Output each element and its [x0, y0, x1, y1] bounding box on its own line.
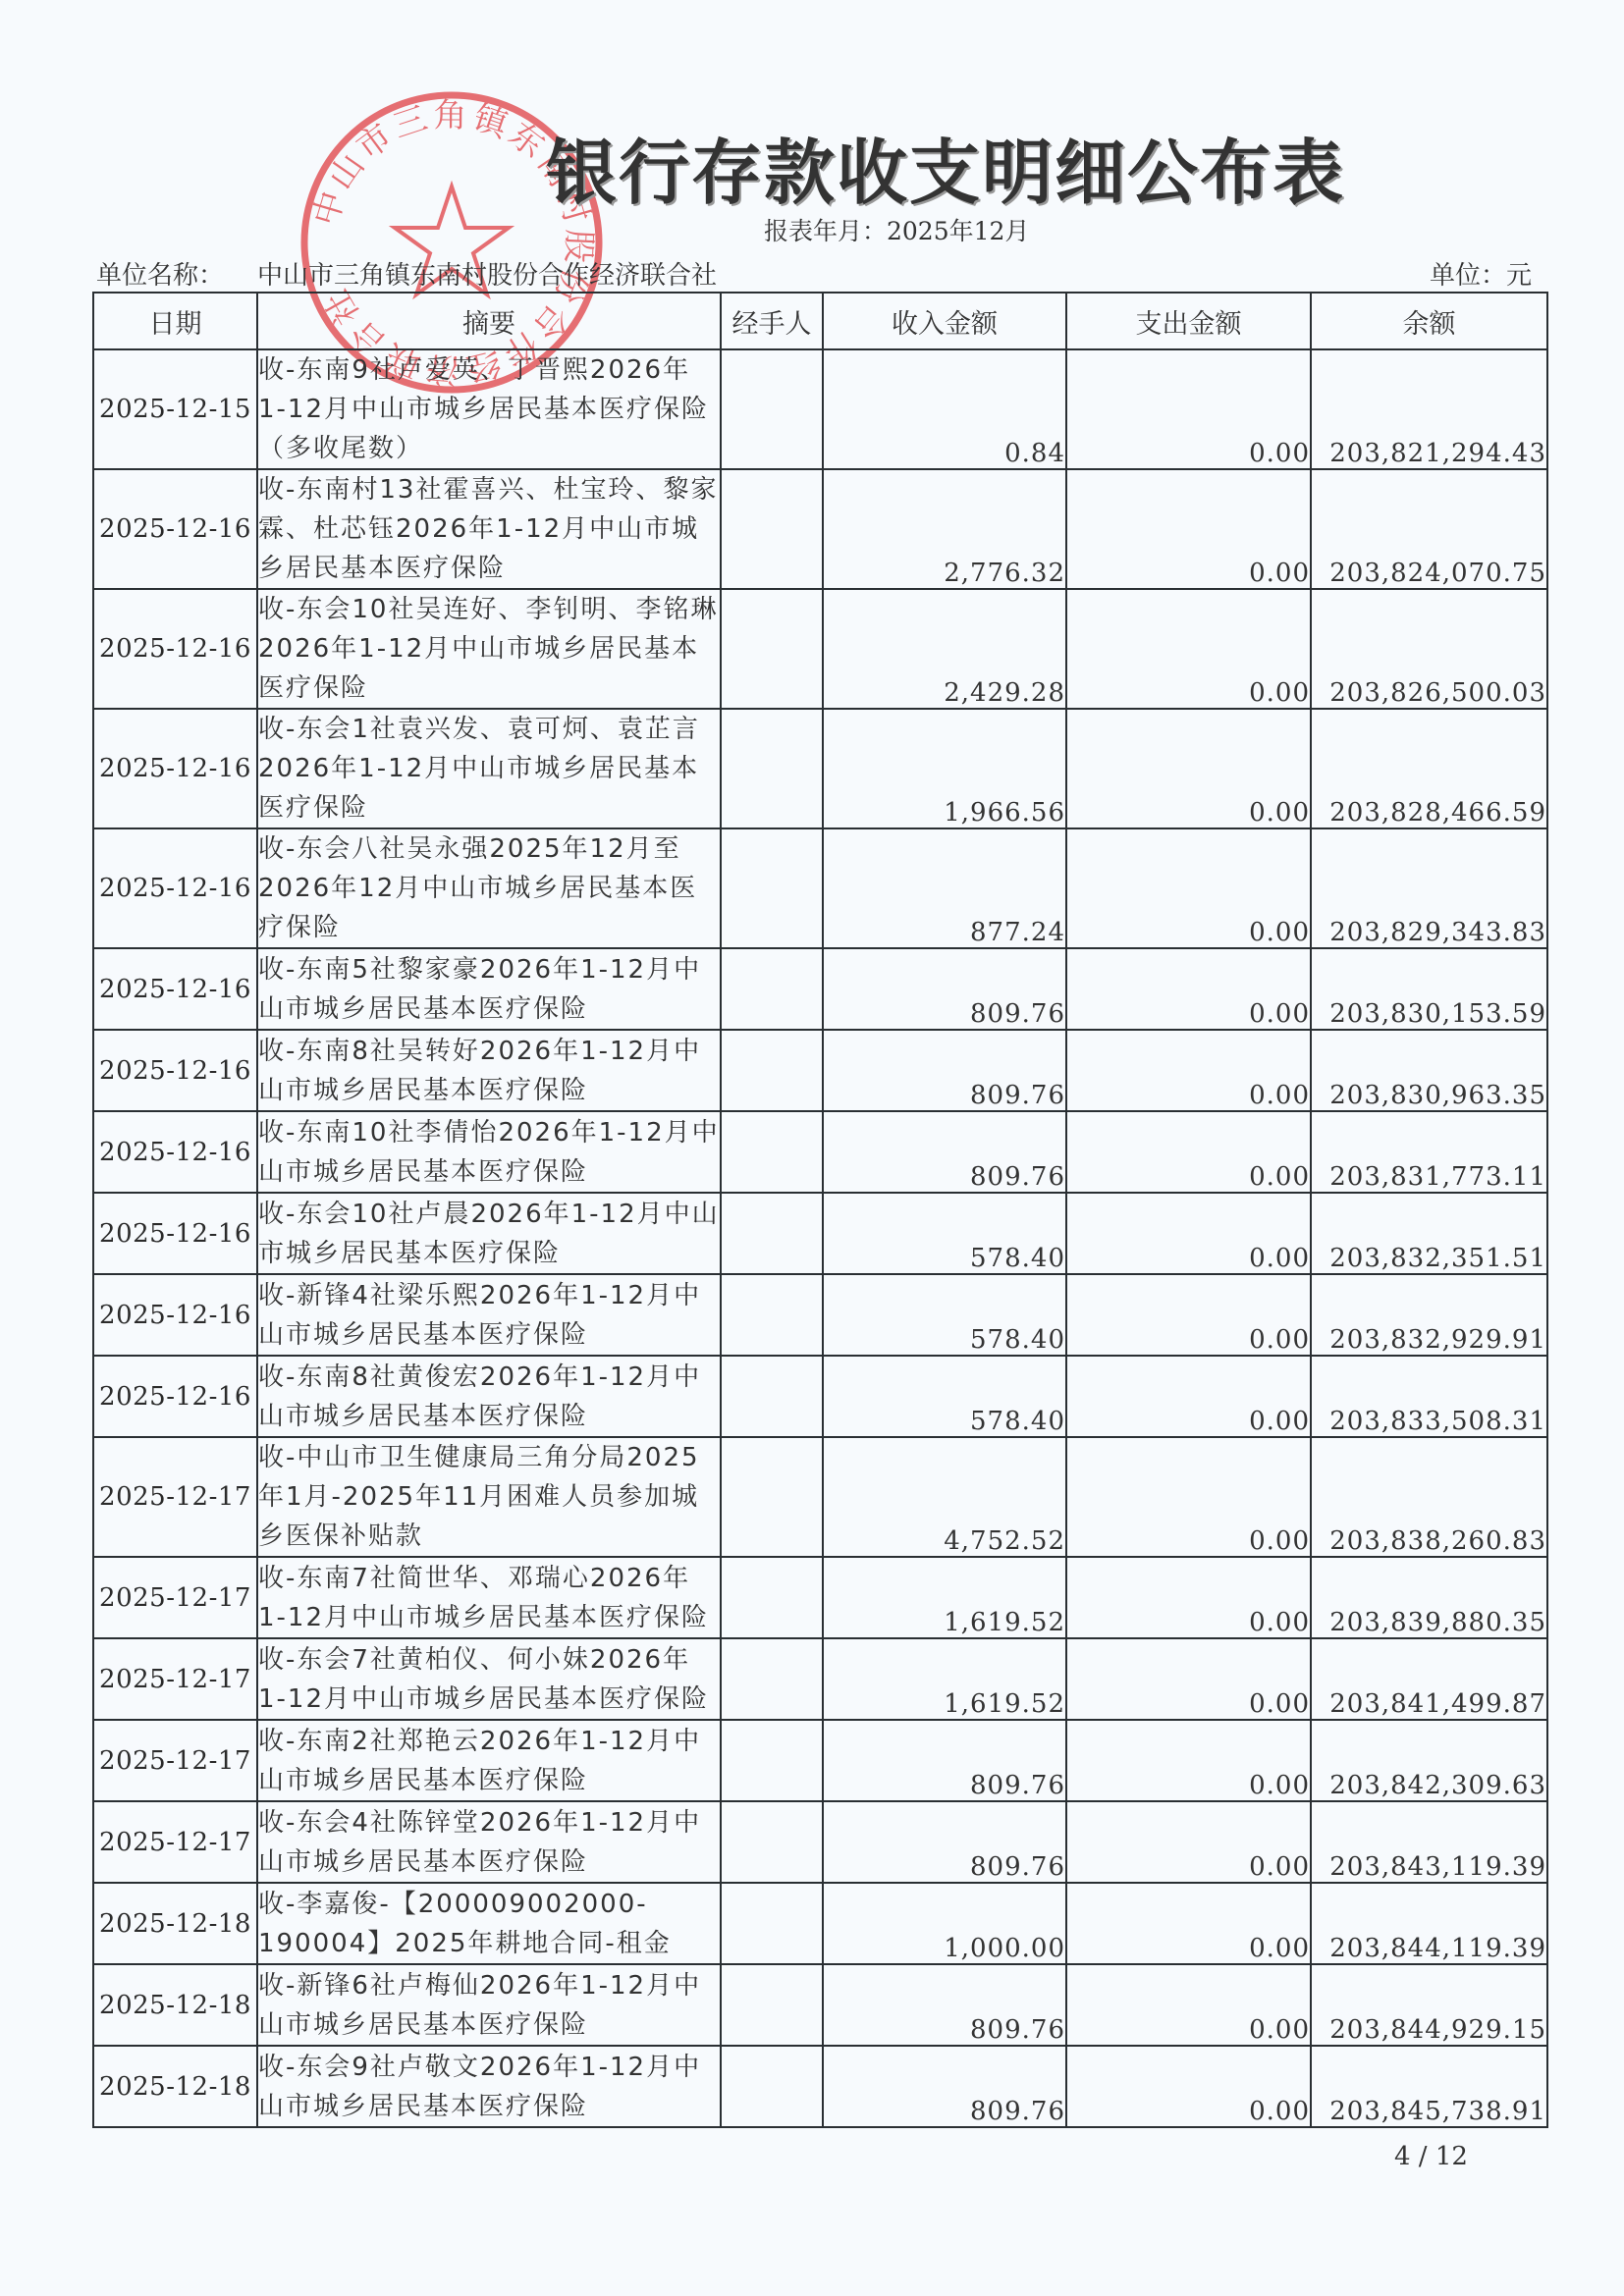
cell-income: 578.40	[823, 1356, 1066, 1437]
cell-balance: 203,843,119.39	[1311, 1801, 1547, 1883]
unit-name-value: 中山市三角镇东南村股份合作经济联合社	[257, 261, 717, 291]
cell-income: 2,429.28	[823, 589, 1066, 709]
cell-income: 2,776.32	[823, 469, 1066, 589]
cell-summary: 收-东会7社黄柏仪、何小妹2026年1-12月中山市城乡居民基本医疗保险	[257, 1638, 721, 1720]
cell-income: 809.76	[823, 2046, 1066, 2127]
cell-balance: 203,844,119.39	[1311, 1883, 1547, 1964]
cell-handler	[721, 349, 823, 469]
header-balance: 余额	[1311, 293, 1547, 349]
cell-income: 809.76	[823, 948, 1066, 1030]
cell-balance: 203,821,294.43	[1311, 349, 1547, 469]
cell-balance: 203,830,963.35	[1311, 1030, 1547, 1111]
cell-date: 2025-12-18	[93, 2046, 257, 2127]
cell-balance: 203,832,351.51	[1311, 1193, 1547, 1274]
ledger-body: 2025-12-15收-东南9社卢爱英、丁晋熙2026年1-12月中山市城乡居民…	[93, 349, 1547, 2127]
cell-expense: 0.00	[1066, 828, 1311, 948]
table-header-row: 日期 摘要 经手人 收入金额 支出金额 余额	[93, 293, 1547, 349]
cell-date: 2025-12-16	[93, 1274, 257, 1356]
cell-balance: 203,829,343.83	[1311, 828, 1547, 948]
cell-expense: 0.00	[1066, 1111, 1311, 1193]
cell-date: 2025-12-17	[93, 1801, 257, 1883]
cell-date: 2025-12-16	[93, 589, 257, 709]
cell-handler	[721, 1356, 823, 1437]
header-summary: 摘要	[257, 293, 721, 349]
table-row: 2025-12-16收-东会1社袁兴发、袁可炣、袁芷言2026年1-12月中山市…	[93, 709, 1547, 828]
cell-balance: 203,830,153.59	[1311, 948, 1547, 1030]
cell-date: 2025-12-16	[93, 1356, 257, 1437]
cell-summary: 收-东南5社黎家豪2026年1-12月中山市城乡居民基本医疗保险	[257, 948, 721, 1030]
cell-income: 1,619.52	[823, 1638, 1066, 1720]
table-row: 2025-12-15收-东南9社卢爱英、丁晋熙2026年1-12月中山市城乡居民…	[93, 349, 1547, 469]
cell-handler	[721, 1720, 823, 1801]
cell-handler	[721, 589, 823, 709]
table-row: 2025-12-16收-东南8社黄俊宏2026年1-12月中山市城乡居民基本医疗…	[93, 1356, 1547, 1437]
header-income: 收入金额	[823, 293, 1066, 349]
cell-date: 2025-12-16	[93, 709, 257, 828]
cell-balance: 203,839,880.35	[1311, 1557, 1547, 1638]
cell-date: 2025-12-17	[93, 1720, 257, 1801]
cell-summary: 收-新锋6社卢梅仙2026年1-12月中山市城乡居民基本医疗保险	[257, 1964, 721, 2046]
cell-handler	[721, 1274, 823, 1356]
cell-income: 809.76	[823, 1030, 1066, 1111]
cell-date: 2025-12-16	[93, 1030, 257, 1111]
cell-summary: 收-东会10社吴连好、李钊明、李铭琳2026年1-12月中山市城乡居民基本医疗保…	[257, 589, 721, 709]
cell-handler	[721, 709, 823, 828]
cell-summary: 收-中山市卫生健康局三角分局2025年1月-2025年11月困难人员参加城乡医保…	[257, 1437, 721, 1557]
cell-summary: 收-东南10社李倩怡2026年1-12月中山市城乡居民基本医疗保险	[257, 1111, 721, 1193]
unit-name-line: 单位名称：中山市三角镇东南村股份合作经济联合社	[96, 255, 717, 292]
cell-expense: 0.00	[1066, 349, 1311, 469]
cell-expense: 0.00	[1066, 948, 1311, 1030]
cell-date: 2025-12-16	[93, 828, 257, 948]
cell-balance: 203,844,929.15	[1311, 1964, 1547, 2046]
cell-summary: 收-东南村13社霍喜兴、杜宝玲、黎家霖、杜芯钰2026年1-12月中山市城乡居民…	[257, 469, 721, 589]
table-row: 2025-12-18收-东会9社卢敬文2026年1-12月中山市城乡居民基本医疗…	[93, 2046, 1547, 2127]
cell-handler	[721, 1964, 823, 2046]
cell-handler	[721, 1638, 823, 1720]
cell-balance: 203,828,466.59	[1311, 709, 1547, 828]
page-title: 银行存款收支明细公布表	[546, 116, 1243, 218]
cell-income: 578.40	[823, 1274, 1066, 1356]
cell-summary: 收-东南8社吴转好2026年1-12月中山市城乡居民基本医疗保险	[257, 1030, 721, 1111]
cell-handler	[721, 1437, 823, 1557]
cell-income: 578.40	[823, 1193, 1066, 1274]
cell-handler	[721, 1193, 823, 1274]
cell-income: 1,966.56	[823, 709, 1066, 828]
cell-summary: 收-东南9社卢爱英、丁晋熙2026年1-12月中山市城乡居民基本医疗保险（多收尾…	[257, 349, 721, 469]
cell-expense: 0.00	[1066, 1883, 1311, 1964]
table-row: 2025-12-17收-中山市卫生健康局三角分局2025年1月-2025年11月…	[93, 1437, 1547, 1557]
cell-balance: 203,841,499.87	[1311, 1638, 1547, 1720]
cell-expense: 0.00	[1066, 1356, 1311, 1437]
cell-expense: 0.00	[1066, 469, 1311, 589]
cell-handler	[721, 1883, 823, 1964]
cell-date: 2025-12-15	[93, 349, 257, 469]
cell-expense: 0.00	[1066, 1274, 1311, 1356]
cell-expense: 0.00	[1066, 1638, 1311, 1720]
table-row: 2025-12-16收-东会八社吴永强2025年12月至2026年12月中山市城…	[93, 828, 1547, 948]
page-number: 4 / 12	[1394, 2142, 1468, 2171]
cell-balance: 203,826,500.03	[1311, 589, 1547, 709]
cell-date: 2025-12-18	[93, 1964, 257, 2046]
table-row: 2025-12-18收-新锋6社卢梅仙2026年1-12月中山市城乡居民基本医疗…	[93, 1964, 1547, 2046]
cell-expense: 0.00	[1066, 589, 1311, 709]
cell-date: 2025-12-16	[93, 469, 257, 589]
cell-date: 2025-12-17	[93, 1557, 257, 1638]
table-row: 2025-12-17收-东会4社陈锌堂2026年1-12月中山市城乡居民基本医疗…	[93, 1801, 1547, 1883]
cell-handler	[721, 1111, 823, 1193]
table-row: 2025-12-16收-东会10社吴连好、李钊明、李铭琳2026年1-12月中山…	[93, 589, 1547, 709]
cell-income: 809.76	[823, 1801, 1066, 1883]
table-row: 2025-12-16收-东南5社黎家豪2026年1-12月中山市城乡居民基本医疗…	[93, 948, 1547, 1030]
cell-expense: 0.00	[1066, 2046, 1311, 2127]
cell-summary: 收-东会4社陈锌堂2026年1-12月中山市城乡居民基本医疗保险	[257, 1801, 721, 1883]
cell-summary: 收-东会10社卢晨2026年1-12月中山市城乡居民基本医疗保险	[257, 1193, 721, 1274]
header-expense: 支出金额	[1066, 293, 1311, 349]
cell-income: 0.84	[823, 349, 1066, 469]
table-row: 2025-12-16收-东会10社卢晨2026年1-12月中山市城乡居民基本医疗…	[93, 1193, 1547, 1274]
cell-date: 2025-12-17	[93, 1638, 257, 1720]
cell-expense: 0.00	[1066, 1557, 1311, 1638]
cell-handler	[721, 2046, 823, 2127]
cell-income: 1,000.00	[823, 1883, 1066, 1964]
cell-balance: 203,845,738.91	[1311, 2046, 1547, 2127]
cell-income: 877.24	[823, 828, 1066, 948]
cell-income: 1,619.52	[823, 1557, 1066, 1638]
cell-balance: 203,842,309.63	[1311, 1720, 1547, 1801]
cell-expense: 0.00	[1066, 1437, 1311, 1557]
cell-expense: 0.00	[1066, 1193, 1311, 1274]
table-row: 2025-12-16收-东南8社吴转好2026年1-12月中山市城乡居民基本医疗…	[93, 1030, 1547, 1111]
cell-handler	[721, 1801, 823, 1883]
table-row: 2025-12-16收-东南村13社霍喜兴、杜宝玲、黎家霖、杜芯钰2026年1-…	[93, 469, 1547, 589]
cell-summary: 收-东南2社郑艳云2026年1-12月中山市城乡居民基本医疗保险	[257, 1720, 721, 1801]
cell-income: 809.76	[823, 1964, 1066, 2046]
report-period: 报表年月：2025年12月	[764, 212, 1029, 247]
cell-balance: 203,824,070.75	[1311, 469, 1547, 589]
cell-summary: 收-李嘉俊-【200009002000-190004】2025年耕地合同-租金	[257, 1883, 721, 1964]
table-row: 2025-12-18收-李嘉俊-【200009002000-190004】202…	[93, 1883, 1547, 1964]
cell-date: 2025-12-18	[93, 1883, 257, 1964]
cell-date: 2025-12-16	[93, 1111, 257, 1193]
cell-income: 809.76	[823, 1720, 1066, 1801]
cell-handler	[721, 469, 823, 589]
cell-summary: 收-东会1社袁兴发、袁可炣、袁芷言2026年1-12月中山市城乡居民基本医疗保险	[257, 709, 721, 828]
cell-balance: 203,833,508.31	[1311, 1356, 1547, 1437]
cell-expense: 0.00	[1066, 1964, 1311, 2046]
cell-income: 809.76	[823, 1111, 1066, 1193]
cell-summary: 收-东会八社吴永强2025年12月至2026年12月中山市城乡居民基本医疗保险	[257, 828, 721, 948]
table-row: 2025-12-17收-东南7社简世华、邓瑞心2026年1-12月中山市城乡居民…	[93, 1557, 1547, 1638]
cell-balance: 203,832,929.91	[1311, 1274, 1547, 1356]
header-date: 日期	[93, 293, 257, 349]
cell-expense: 0.00	[1066, 709, 1311, 828]
cell-income: 4,752.52	[823, 1437, 1066, 1557]
cell-summary: 收-新锋4社梁乐熙2026年1-12月中山市城乡居民基本医疗保险	[257, 1274, 721, 1356]
cell-summary: 收-东会9社卢敬文2026年1-12月中山市城乡居民基本医疗保险	[257, 2046, 721, 2127]
cell-summary: 收-东南7社简世华、邓瑞心2026年1-12月中山市城乡居民基本医疗保险	[257, 1557, 721, 1638]
currency-unit: 单位：元	[1430, 255, 1532, 292]
cell-date: 2025-12-17	[93, 1437, 257, 1557]
cell-balance: 203,838,260.83	[1311, 1437, 1547, 1557]
header-handler: 经手人	[721, 293, 823, 349]
table-row: 2025-12-17收-东会7社黄柏仪、何小妹2026年1-12月中山市城乡居民…	[93, 1638, 1547, 1720]
cell-handler	[721, 1030, 823, 1111]
table-row: 2025-12-16收-东南10社李倩怡2026年1-12月中山市城乡居民基本医…	[93, 1111, 1547, 1193]
cell-summary: 收-东南8社黄俊宏2026年1-12月中山市城乡居民基本医疗保险	[257, 1356, 721, 1437]
cell-handler	[721, 948, 823, 1030]
cell-date: 2025-12-16	[93, 1193, 257, 1274]
ledger-table: 日期 摘要 经手人 收入金额 支出金额 余额 2025-12-15收-东南9社卢…	[92, 292, 1548, 2128]
cell-handler	[721, 1557, 823, 1638]
table-row: 2025-12-16收-新锋4社梁乐熙2026年1-12月中山市城乡居民基本医疗…	[93, 1274, 1547, 1356]
cell-balance: 203,831,773.11	[1311, 1111, 1547, 1193]
unit-name-label: 单位名称：	[96, 261, 224, 291]
cell-expense: 0.00	[1066, 1801, 1311, 1883]
cell-expense: 0.00	[1066, 1720, 1311, 1801]
table-row: 2025-12-17收-东南2社郑艳云2026年1-12月中山市城乡居民基本医疗…	[93, 1720, 1547, 1801]
cell-expense: 0.00	[1066, 1030, 1311, 1111]
cell-date: 2025-12-16	[93, 948, 257, 1030]
cell-handler	[721, 828, 823, 948]
